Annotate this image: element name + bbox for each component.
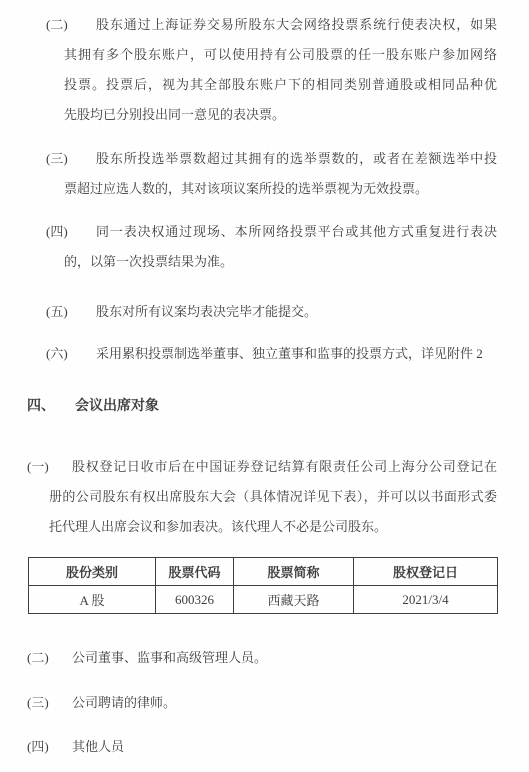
voting-rule-item-5: (五) 股东对所有议案均表决完毕才能提交。	[0, 297, 529, 327]
table-header-row: 股份类别 股票代码 股票简称 股权登记日	[29, 558, 498, 586]
attendee-item-3: (三) 公司聘请的律师。	[0, 688, 529, 718]
voting-rule-item-3: (三) 股东所投选举票数超过其拥有的选举票数的，或者在差额选举中投 票超过应选人…	[0, 144, 529, 204]
table-header-stock-code: 股票代码	[156, 558, 234, 586]
paragraph-line: 的，以第一次投票结果为准。	[64, 247, 497, 277]
attendee-item-2: (二) 公司董事、监事和高级管理人员。	[0, 643, 529, 673]
table-header-stock-name: 股票简称	[234, 558, 354, 586]
document-page: (二) 股东通过上海证券交易所股东大会网络投票系统行使表决权，如果 其拥有多个股…	[0, 0, 529, 772]
paragraph-line: 股东所投选举票数超过其拥有的选举票数的，或者在差额选举中投	[96, 144, 497, 174]
paragraph-line: 托代理人出席会议和参加表决。该代理人不必是公司股东。	[49, 512, 497, 542]
list-item-label: (二)	[46, 10, 68, 40]
table-cell-stock-code: 600326	[156, 586, 234, 614]
paragraph-line: 公司聘请的律师。	[72, 688, 497, 718]
paragraph-line: 同一表决权通过现场、本所网络投票平台或其他方式重复进行表决	[96, 217, 497, 247]
section-heading-number: 四、	[27, 392, 55, 422]
paragraph-line: 采用累积投票制选举董事、独立董事和监事的投票方式，详见附件 2	[96, 339, 497, 369]
attendee-item-1: (一) 股权登记日收市后在中国证券登记结算有限责任公司上海分公司登记在 册的公司…	[0, 452, 529, 542]
table-header-share-class: 股份类别	[29, 558, 156, 586]
attendee-item-4: (四) 其他人员	[0, 732, 529, 762]
table-header-record-date: 股权登记日	[354, 558, 498, 586]
paragraph-line: 先股均已分别投出同一意见的表决票。	[64, 100, 497, 130]
table-cell-stock-name: 西藏天路	[234, 586, 354, 614]
paragraph-line: 其他人员	[72, 732, 497, 762]
voting-rule-item-4: (四) 同一表决权通过现场、本所网络投票平台或其他方式重复进行表决 的，以第一次…	[0, 217, 529, 277]
voting-rule-item-6: (六) 采用累积投票制选举董事、独立董事和监事的投票方式，详见附件 2	[0, 339, 529, 369]
paragraph-line: 公司董事、监事和高级管理人员。	[72, 643, 497, 673]
section-heading: 四、 会议出席对象	[0, 392, 529, 422]
list-item-label: (一)	[27, 452, 49, 482]
share-registration-table: 股份类别 股票代码 股票简称 股权登记日 A 股 600326 西藏天路 202…	[28, 557, 498, 614]
paragraph-line: 股权登记日收市后在中国证券登记结算有限责任公司上海分公司登记在	[72, 452, 497, 482]
list-item-label: (六)	[46, 339, 68, 369]
table-cell-share-class: A 股	[29, 586, 156, 614]
list-item-label: (四)	[27, 732, 49, 762]
paragraph-line: 册的公司股东有权出席股东大会（具体情况详见下表），并可以以书面形式委	[49, 482, 497, 512]
list-item-label: (二)	[27, 643, 49, 673]
voting-rule-item-2: (二) 股东通过上海证券交易所股东大会网络投票系统行使表决权，如果 其拥有多个股…	[0, 10, 529, 130]
paragraph-line: 其拥有多个股东账户，可以使用持有公司股票的任一股东账户参加网络	[64, 40, 497, 70]
paragraph-line: 票超过应选人数的，其对该项议案所投的选举票视为无效投票。	[64, 174, 497, 204]
paragraph-line: 股东对所有议案均表决完毕才能提交。	[96, 297, 497, 327]
list-item-label: (三)	[46, 144, 68, 174]
paragraph-line: 投票。投票后，视为其全部股东账户下的相同类别普通股或相同品种优	[64, 70, 497, 100]
list-item-label: (四)	[46, 217, 68, 247]
table-cell-record-date: 2021/3/4	[354, 586, 498, 614]
list-item-label: (五)	[46, 297, 68, 327]
table-row: A 股 600326 西藏天路 2021/3/4	[29, 586, 498, 614]
section-heading-title: 会议出席对象	[75, 392, 529, 422]
paragraph-line: 股东通过上海证券交易所股东大会网络投票系统行使表决权，如果	[96, 10, 497, 40]
list-item-label: (三)	[27, 688, 49, 718]
